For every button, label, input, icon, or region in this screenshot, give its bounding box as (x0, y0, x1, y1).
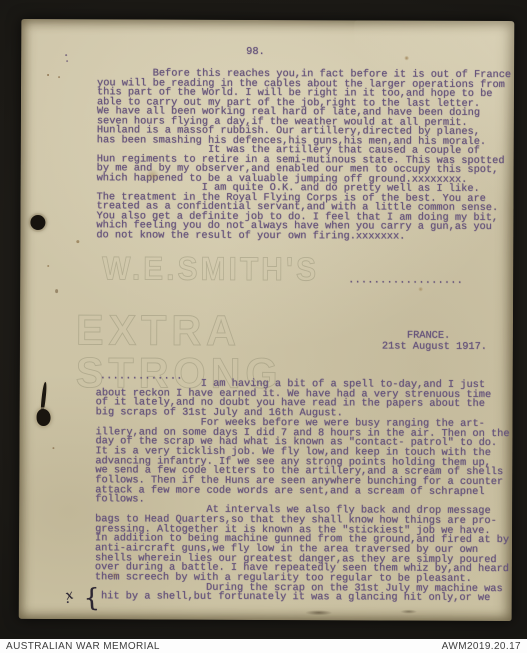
accession-number: AWM2019.20.17 (442, 641, 521, 652)
ink-speck (66, 60, 68, 62)
paper-watermark-maker: W.E.SMITH'S (102, 252, 319, 286)
scan-viewport: W.E.SMITH'S EXTRA STRONG 98. Before this… (0, 0, 527, 653)
handwritten-ink-dot (67, 601, 69, 603)
stain-spot (404, 56, 409, 61)
typed-paragraphs-bottom: I am having a bit of a spell to-day,and … (95, 379, 510, 604)
photo-background: W.E.SMITH'S EXTRA STRONG 98. Before this… (0, 0, 527, 639)
punch-hole-bottom (37, 409, 51, 426)
foxing-speck (58, 76, 60, 78)
stain-spot (418, 287, 423, 292)
letter-page: W.E.SMITH'S EXTRA STRONG 98. Before this… (19, 19, 515, 621)
handwritten-brace: { (83, 583, 100, 612)
typed-paragraphs-top: Before this reaches you,in fact before i… (96, 69, 511, 242)
edge-smudge (401, 610, 417, 614)
foxing-speck (76, 240, 79, 243)
edge-smudge (306, 610, 332, 615)
ink-speck (65, 54, 67, 56)
dotted-separator-right: .................. (348, 274, 463, 287)
punch-hole-top (30, 215, 45, 230)
handwritten-cross-mark: x (64, 587, 75, 603)
page-number: 98. (246, 46, 265, 58)
catalog-bar: AUSTRALIAN WAR MEMORIAL AWM2019.20.17 (0, 639, 527, 653)
dateline-date: 21st August 1917. (382, 341, 487, 353)
foxing-speck (52, 447, 54, 449)
institution-name: AUSTRALIAN WAR MEMORIAL (6, 641, 160, 652)
foxing-speck (47, 74, 49, 76)
foxing-speck (55, 289, 58, 293)
foxing-speck (47, 265, 49, 267)
